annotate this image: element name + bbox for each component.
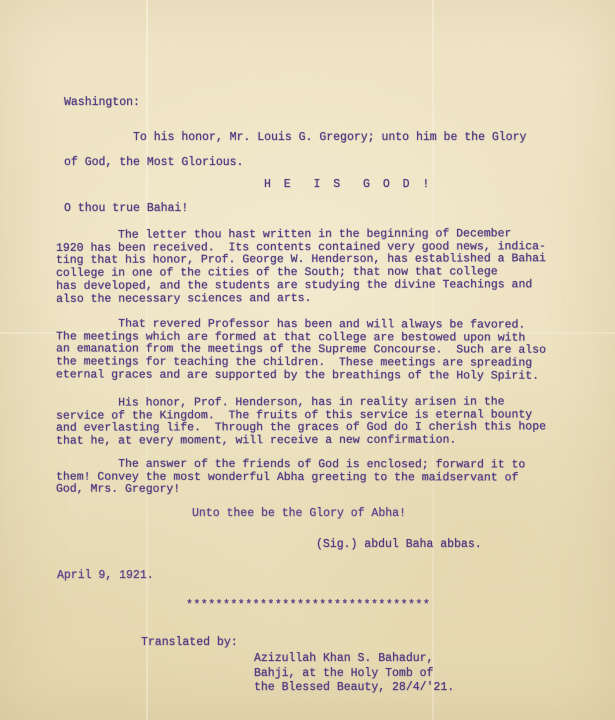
letter-scan-page: Washington: To his honor, Mr. Louis G. G… <box>0 0 615 720</box>
salutation-lines: To his honor, Mr. Louis G. Gregory; unto… <box>64 125 526 176</box>
addressee-line: Washington: <box>64 97 140 110</box>
paragraph-3: His honor, Prof. Henderson, has in reali… <box>56 396 546 448</box>
signature-line: (Sig.) abdul Baha abbas. <box>316 539 482 552</box>
invocation-heading: H E I S G O D ! <box>264 179 432 192</box>
closing-benediction-line: Unto thee be the Glory of Abha! <box>192 508 406 521</box>
translated-by-label: Translated by: <box>141 637 238 650</box>
greeting-line: O thou true Bahai! <box>64 203 188 216</box>
translator-details: Azizullah Khan S. Bahadur, Bahji, at the… <box>254 652 454 696</box>
paragraph-4: The answer of the friends of God is encl… <box>56 459 525 498</box>
divider-asterisks: ********************************* <box>186 600 430 613</box>
date-line: April 9, 1921. <box>57 570 154 583</box>
paragraph-1: The letter thou hast written in the begi… <box>56 228 546 306</box>
paragraph-2: That revered Professor has been and will… <box>56 318 546 383</box>
